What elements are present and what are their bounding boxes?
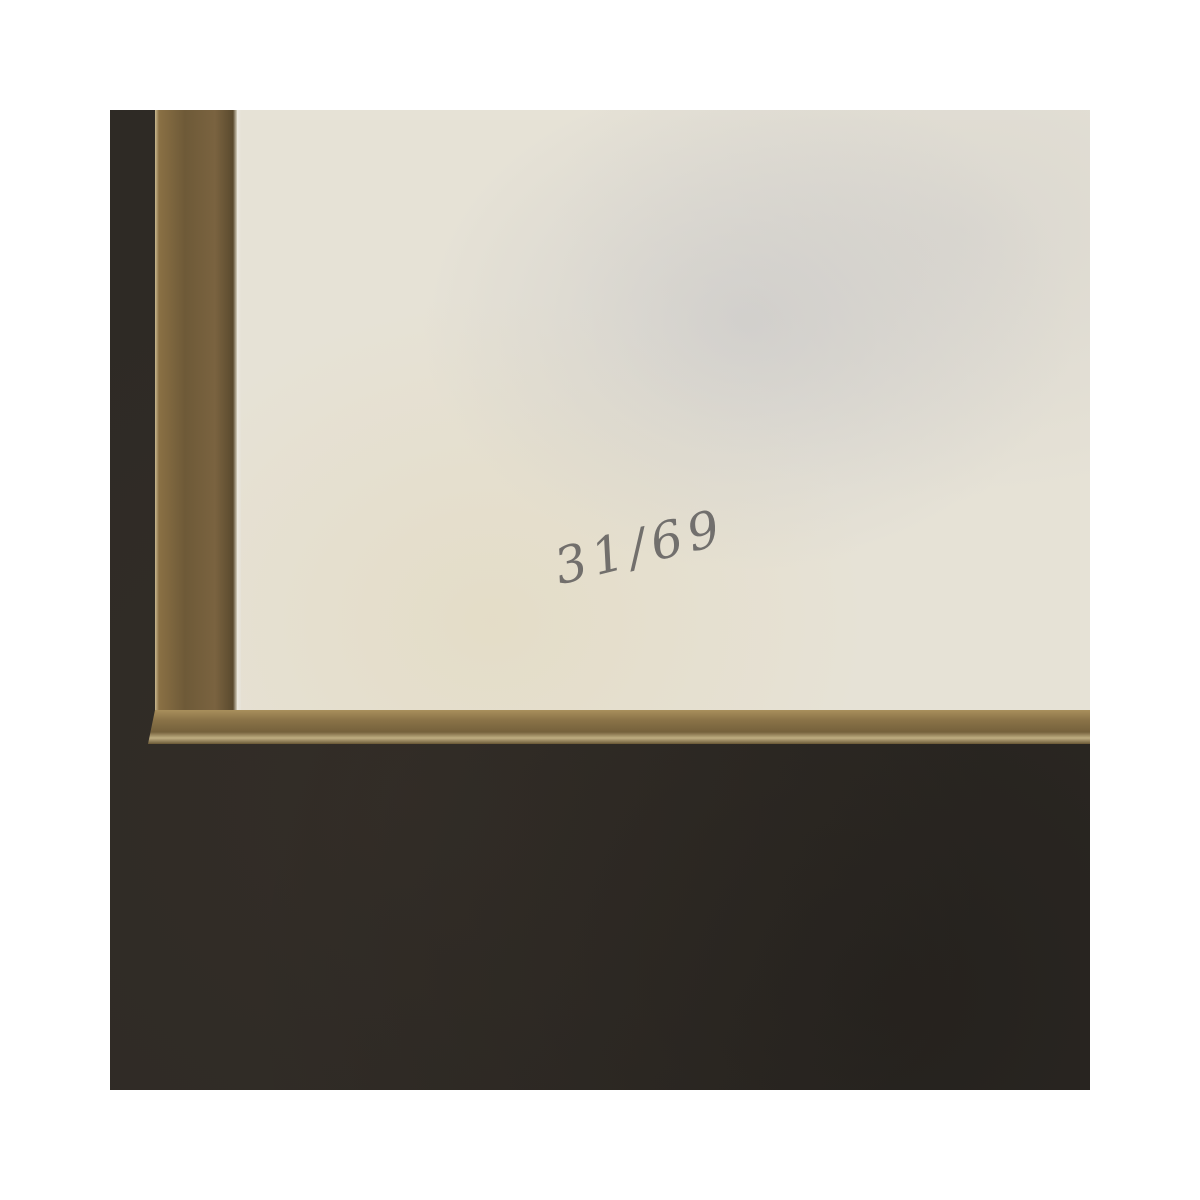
frame-bottom-molding (148, 710, 1090, 744)
edition-number: 31/69 (549, 498, 732, 596)
framed-print-photo: 31/69 (110, 110, 1090, 1090)
print-paper: 31/69 (235, 110, 1090, 712)
frame-left-molding (155, 110, 237, 744)
